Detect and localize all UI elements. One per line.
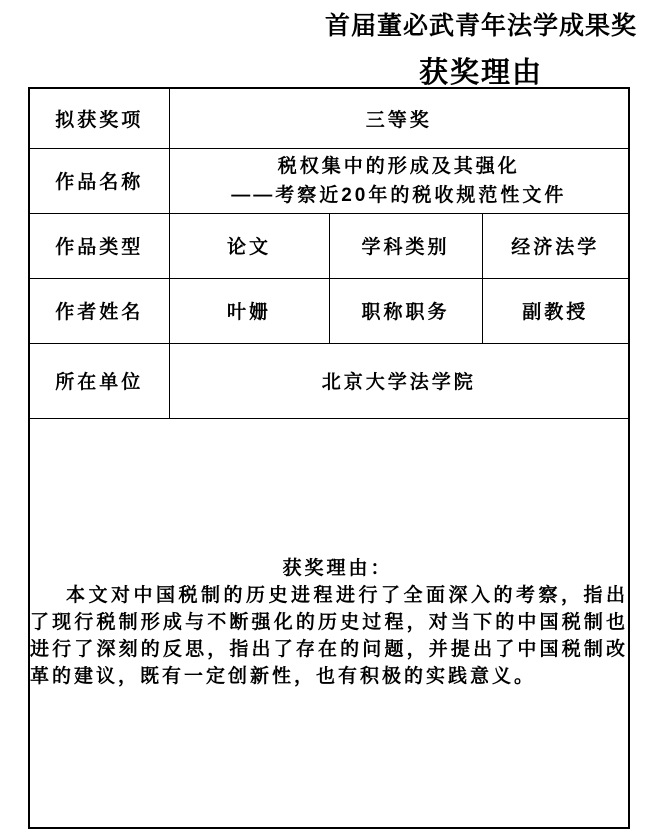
- institution-label: 所在单位: [29, 343, 169, 418]
- award-info-table: 拟获奖项 三等奖 作品名称 税权集中的形成及其强化 ——考察近20年的税收规范性…: [28, 87, 630, 829]
- table-row-work-title: 作品名称 税权集中的形成及其强化 ——考察近20年的税收规范性文件: [29, 148, 629, 213]
- author-name-label: 作者姓名: [29, 278, 169, 343]
- position-value: 副教授: [482, 278, 629, 343]
- work-title-value: 税权集中的形成及其强化 ——考察近20年的税收规范性文件: [169, 148, 629, 213]
- award-level-value: 三等奖: [169, 88, 629, 148]
- discipline-label: 学科类别: [329, 213, 482, 278]
- award-level-label: 拟获奖项: [29, 88, 169, 148]
- work-title-label: 作品名称: [29, 148, 169, 213]
- document-page: 首届董必武青年法学成果奖 获奖理由 拟获奖项 三等奖 作品名称 税权集中的形成及…: [0, 0, 668, 840]
- table-row-author: 作者姓名 叶姗 职称职务 副教授: [29, 278, 629, 343]
- work-title-line2: ——考察近20年的税收规范性文件: [170, 181, 629, 210]
- author-name-value: 叶姗: [169, 278, 329, 343]
- work-type-value: 论文: [169, 213, 329, 278]
- position-label: 职称职务: [329, 278, 482, 343]
- table-row-reason: 获奖理由： 本文对中国税制的历史进程进行了全面深入的考察，指出了现行税制形成与不…: [29, 418, 629, 828]
- table-row-work-type: 作品类型 论文 学科类别 经济法学: [29, 213, 629, 278]
- institution-value: 北京大学法学院: [169, 343, 629, 418]
- work-type-label: 作品类型: [29, 213, 169, 278]
- reason-cell: 获奖理由： 本文对中国税制的历史进程进行了全面深入的考察，指出了现行税制形成与不…: [29, 418, 629, 828]
- table-row-award-level: 拟获奖项 三等奖: [29, 88, 629, 148]
- discipline-value: 经济法学: [482, 213, 629, 278]
- document-subtitle: 获奖理由: [323, 50, 639, 91]
- document-header: 首届董必武青年法学成果奖 获奖理由: [323, 6, 639, 91]
- table-row-institution: 所在单位 北京大学法学院: [29, 343, 629, 418]
- work-title-line1: 税权集中的形成及其强化: [170, 152, 629, 181]
- document-title: 首届董必武青年法学成果奖: [323, 6, 639, 42]
- reason-body: 本文对中国税制的历史进程进行了全面深入的考察，指出了现行税制形成与不断强化的历史…: [30, 582, 628, 690]
- reason-label: 获奖理由：: [30, 555, 628, 582]
